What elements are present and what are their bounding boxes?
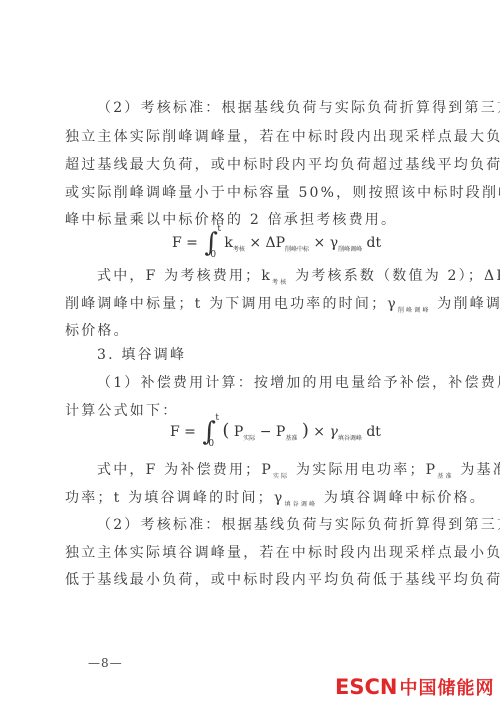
- p-actual-symbol: P实际: [234, 424, 255, 440]
- paragraph-line: （2）考核标准：根据基线负荷与实际负荷折算得到第三方: [97, 99, 440, 117]
- k-symbol: k考核: [224, 235, 245, 251]
- gamma-symbol: γ填谷调峰: [329, 424, 361, 440]
- integral-upper-limit: t: [217, 224, 221, 234]
- formula-assessment-fee: F = ∫t0 k考核 × ΔP削峰中标 × γ削峰调峰 dt: [172, 228, 381, 258]
- paragraph-line: （1）补偿费用计算：按增加的用电量给予补偿，补偿费用: [97, 374, 440, 392]
- integral-lower-limit: 0: [210, 250, 216, 260]
- integral-sign-icon: ∫t0: [202, 417, 216, 447]
- paragraph-line: 低于基线最小负荷，或中标时段内平均负荷低于基线平均负荷，: [65, 571, 440, 589]
- times-symbol: ×: [314, 235, 326, 251]
- explanation-line: 削峰调峰中标量；t 为下调用电功率的时间；γ削峰调峰 为削峰调峰中: [65, 295, 440, 320]
- paragraph-line: 或实际削峰调峰量小于中标容量 50%，则按照该中标时段削峰调: [65, 184, 440, 202]
- close-paren: ): [302, 420, 309, 441]
- section-title: 3. 填谷调峰: [97, 346, 440, 364]
- paragraph-line: 独立主体实际削峰调峰量，若在中标时段内出现采样点最大负荷: [65, 128, 440, 146]
- gamma-symbol: γ削峰调峰: [330, 235, 362, 251]
- explanation-line: 标价格。: [65, 322, 440, 340]
- open-paren: (: [222, 420, 229, 441]
- page-number: —8—: [88, 656, 123, 670]
- explanation-line: 功率；t 为填谷调峰的时间；γ填谷调峰 为填谷调峰中标价格。: [65, 489, 440, 514]
- paragraph-line: 独立主体实际填谷调峰量，若在中标时段内出现采样点最小负荷: [65, 544, 440, 562]
- paragraph-line: （2）考核标准：根据基线负荷与实际负荷折算得到第三方: [97, 516, 440, 534]
- formula-compensation-fee: F = ∫t0 ( P实际 − P基准 ) × γ填谷调峰 dt: [170, 417, 381, 447]
- integral-sign-icon: ∫t0: [204, 228, 218, 258]
- dt-symbol: dt: [366, 424, 381, 440]
- delta-p-symbol: ΔP削峰中标: [266, 235, 310, 251]
- integral-lower-limit: 0: [208, 439, 214, 449]
- logo-chinese: 中国储能网: [399, 678, 494, 699]
- formula-lhs: F =: [172, 235, 198, 251]
- p-baseline-symbol: P基准: [276, 424, 297, 440]
- paragraph-line: 峰中标量乘以中标价格的 2 倍承担考核费用。: [65, 211, 440, 229]
- minus-symbol: −: [260, 424, 272, 440]
- times-symbol: ×: [313, 424, 325, 440]
- times-symbol: ×: [249, 235, 261, 251]
- integral-upper-limit: t: [215, 413, 219, 423]
- formula-lhs: F =: [170, 424, 196, 440]
- explanation-line: 式中，F 为补偿费用；P实际 为实际用电功率；P基准 为基准用电: [97, 461, 440, 486]
- explanation-line: 式中，F 为考核费用；k考核 为考核系数（数值为 2）；ΔP削峰中标 为: [97, 267, 440, 292]
- paragraph-line: 超过基线最大负荷，或中标时段内平均负荷超过基线平均负荷，: [65, 156, 440, 174]
- logo-latin: ESCN: [335, 675, 397, 699]
- dt-symbol: dt: [367, 235, 382, 251]
- escn-watermark-logo: ESCN中国储能网: [335, 674, 494, 700]
